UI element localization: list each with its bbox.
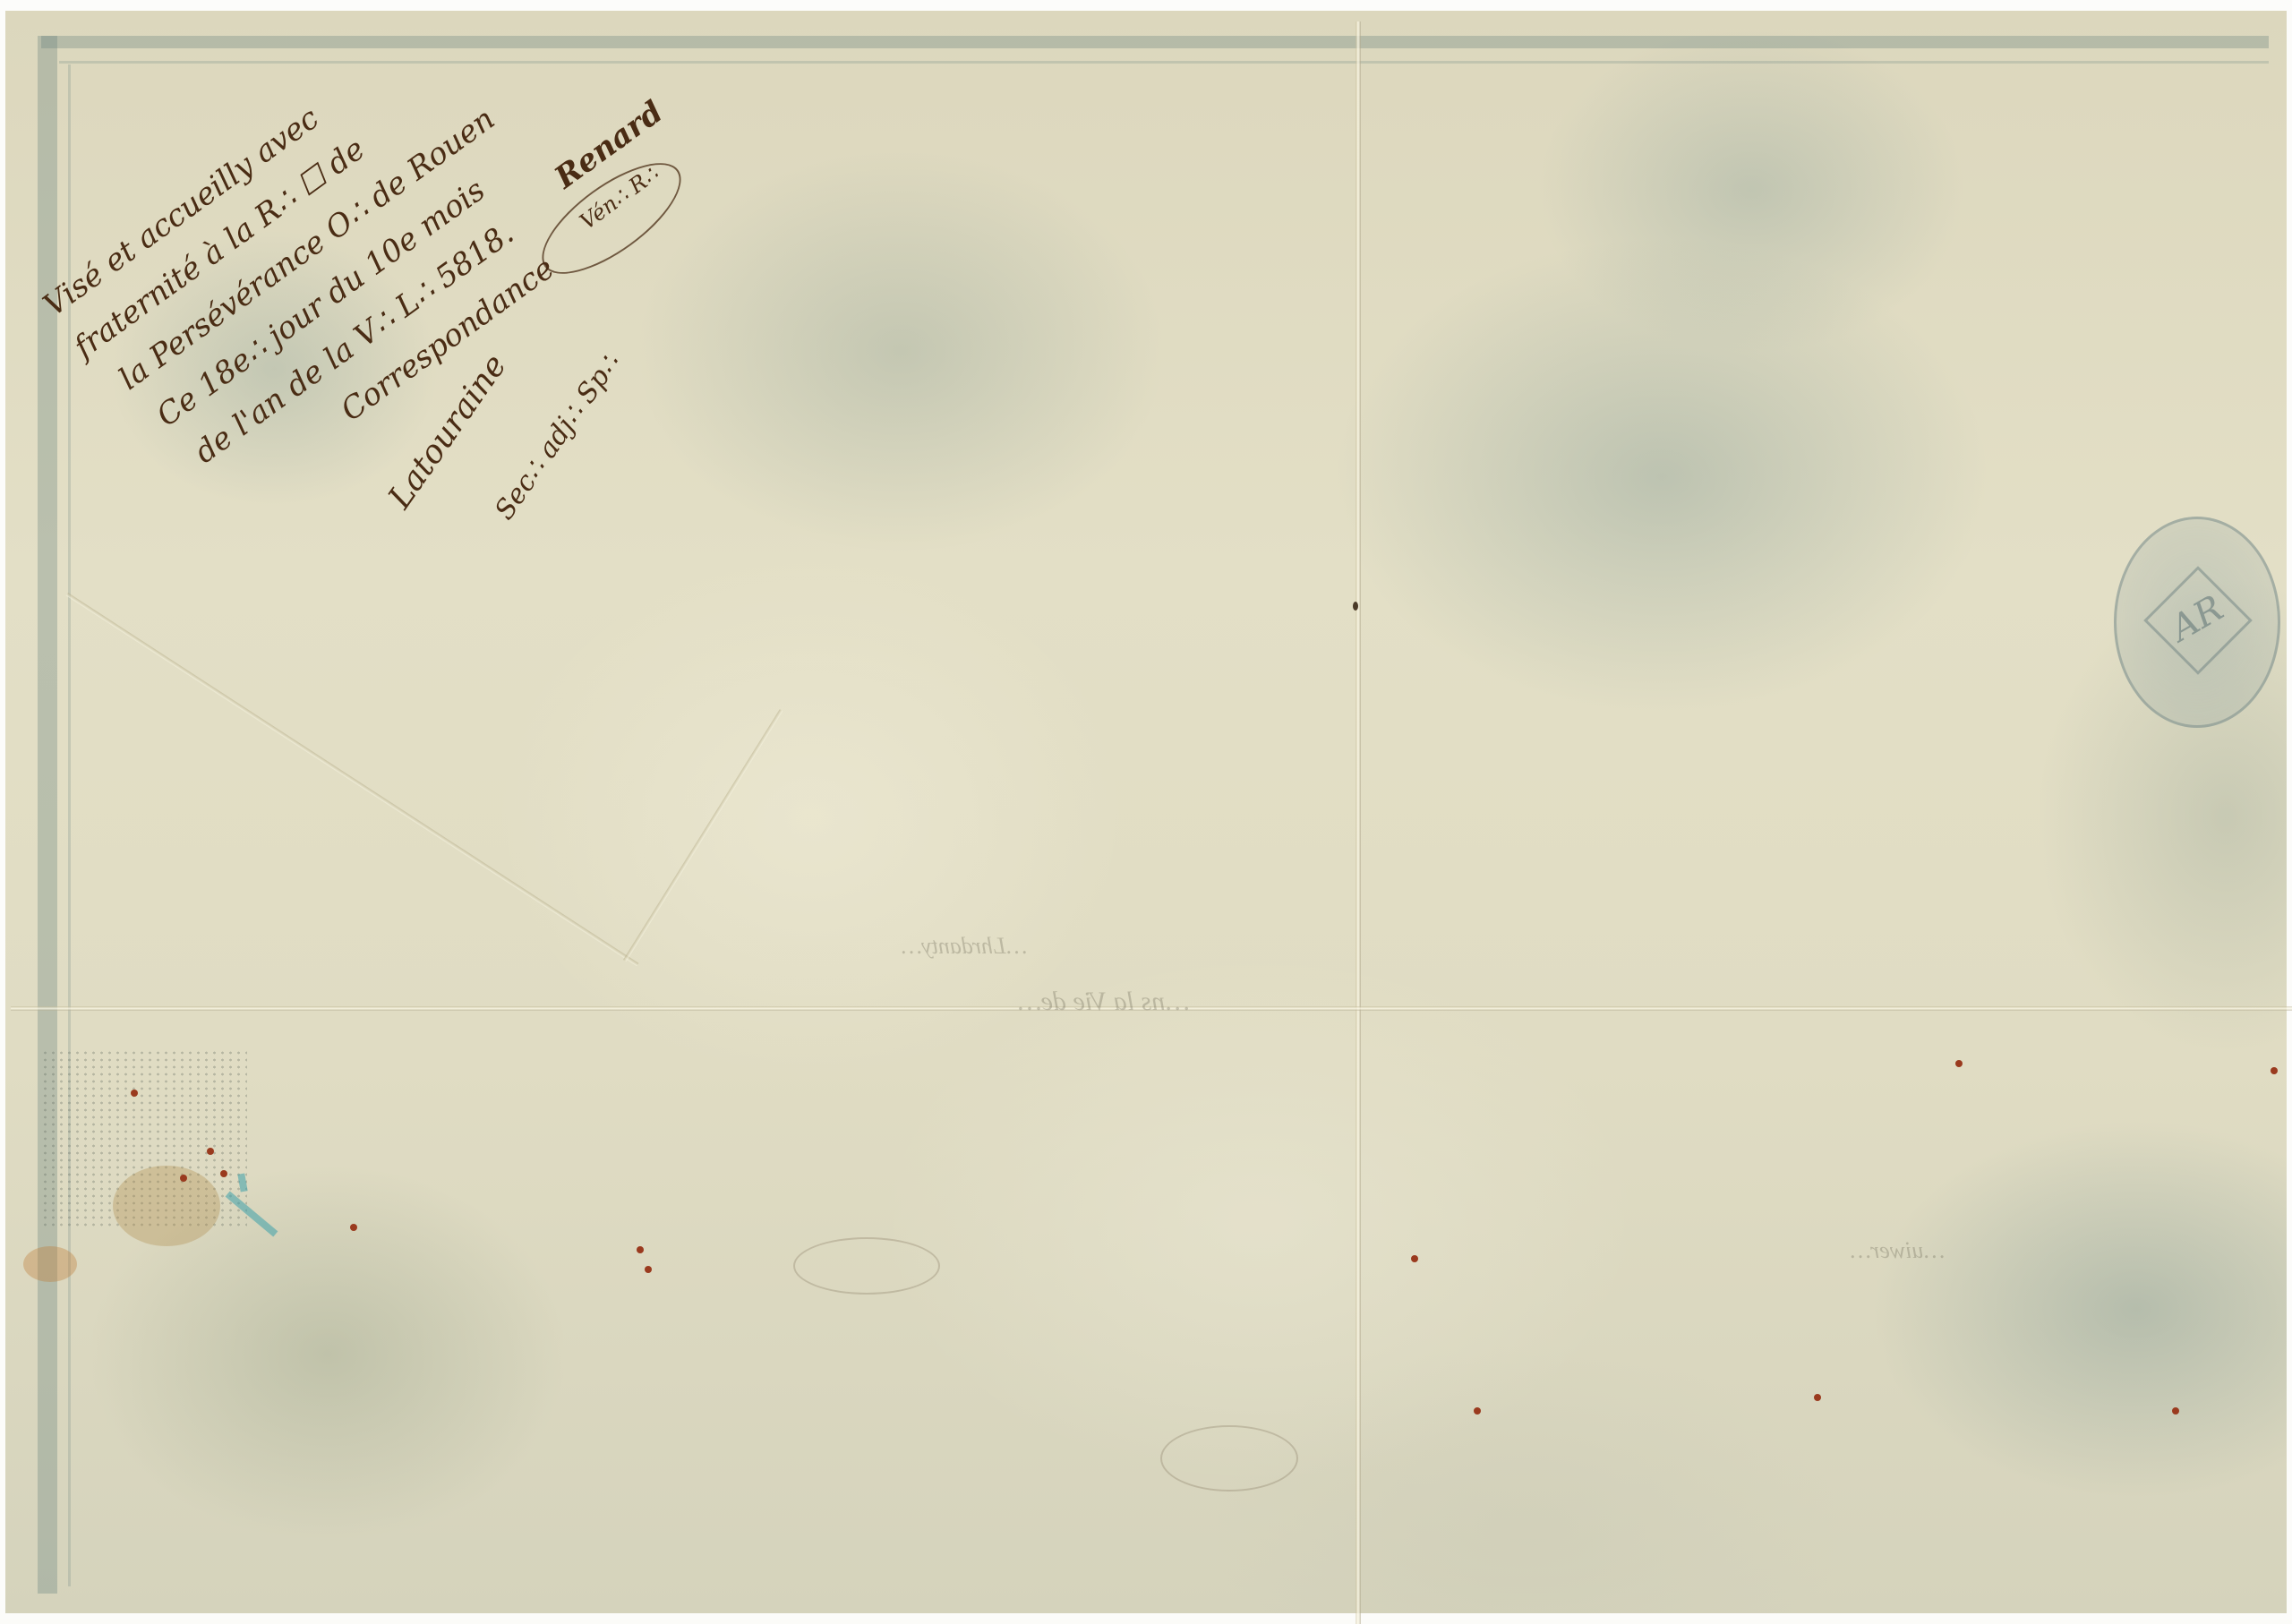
printed-border-left <box>38 36 57 1594</box>
foxing-spot <box>1955 1060 1963 1067</box>
foxing-spot <box>350 1224 357 1231</box>
foxing-spot <box>2271 1067 2278 1074</box>
diagonal-fold-crease <box>623 709 783 962</box>
bleed-through-text: …ns la Vie de… <box>1017 987 1189 1017</box>
foxing-spot <box>207 1148 214 1155</box>
foxing-spot <box>180 1175 187 1182</box>
foxing-spot <box>220 1170 227 1177</box>
bleed-through-signature-oval <box>793 1237 940 1295</box>
document-sheet: …ns la Vie de… …Lhrdanty… …uiwer… AR Vis… <box>5 11 2287 1613</box>
vertical-fold-crease <box>1356 21 1361 1620</box>
water-stain <box>113 1166 220 1246</box>
foxing-spot <box>131 1090 138 1097</box>
foxing-spot <box>2172 1407 2179 1415</box>
foxing-spot <box>1814 1394 1821 1401</box>
foxing-spot <box>1411 1255 1418 1262</box>
lodge-seal: AR <box>2114 517 2280 728</box>
diagonal-fold-crease <box>66 593 639 966</box>
rust-stain <box>23 1246 77 1282</box>
bleed-through-text: …Lhrdanty… <box>901 933 1027 960</box>
foxing-spot <box>637 1246 644 1253</box>
foxing-spot <box>645 1266 652 1273</box>
bleed-through-text: …uiwer… <box>1850 1237 1944 1264</box>
foxing-spot <box>1474 1407 1481 1415</box>
handwritten-endorsement: Visé et accueilly avec fraternité à la R… <box>32 11 598 541</box>
scan-background: …ns la Vie de… …Lhrdanty… …uiwer… AR Vis… <box>0 0 2292 1620</box>
bleed-through-signature-oval <box>1160 1425 1298 1492</box>
ink-spot <box>1353 602 1358 611</box>
